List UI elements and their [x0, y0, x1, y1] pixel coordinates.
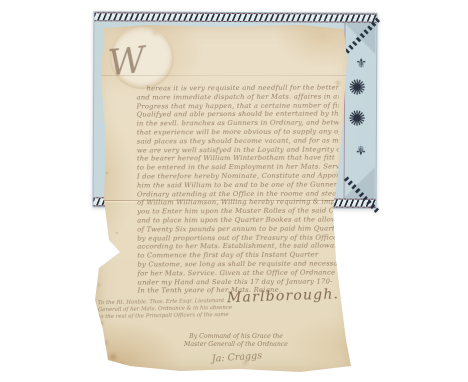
star-burst-icon: ✺ [345, 109, 369, 130]
address-block: To the Rt. Honble. Thos. Erle Esqr. Lieu… [98, 298, 238, 321]
star-burst-icon: ✺ [345, 78, 369, 99]
manuscript-line: for her Mats. Service. Given at the Offi… [137, 268, 339, 278]
fleur-de-lis-icon: ⚜ [349, 58, 373, 71]
command-line: Master Generall of the Ordnance [156, 341, 316, 349]
photo-of-manuscript-on-folder: ⚜ ✺ ✺ ⚜ W hereas it is very requisite an… [0, 0, 468, 382]
illuminated-initial: W [108, 57, 146, 70]
rope-border-top [94, 12, 376, 22]
command-block: By Command of his Grace the Master Gener… [156, 333, 316, 349]
address-line: to the rest of the Principall Officers o… [98, 312, 238, 321]
manuscript-line: of Twenty Six pounds per annum to be pai… [137, 224, 339, 234]
fleur-de-lis-inverted-icon: ⚜ [349, 143, 373, 156]
manuscript-body: W hereas it is very requisite and needfu… [136, 83, 339, 295]
secretary-countersignature: Ja: Craggs [182, 348, 292, 367]
marlborough-signature: Marlborough. [227, 286, 357, 307]
manuscript-document: W hereas it is very requisite and needfu… [94, 22, 354, 374]
command-line: By Command of his Grace the [156, 333, 316, 341]
